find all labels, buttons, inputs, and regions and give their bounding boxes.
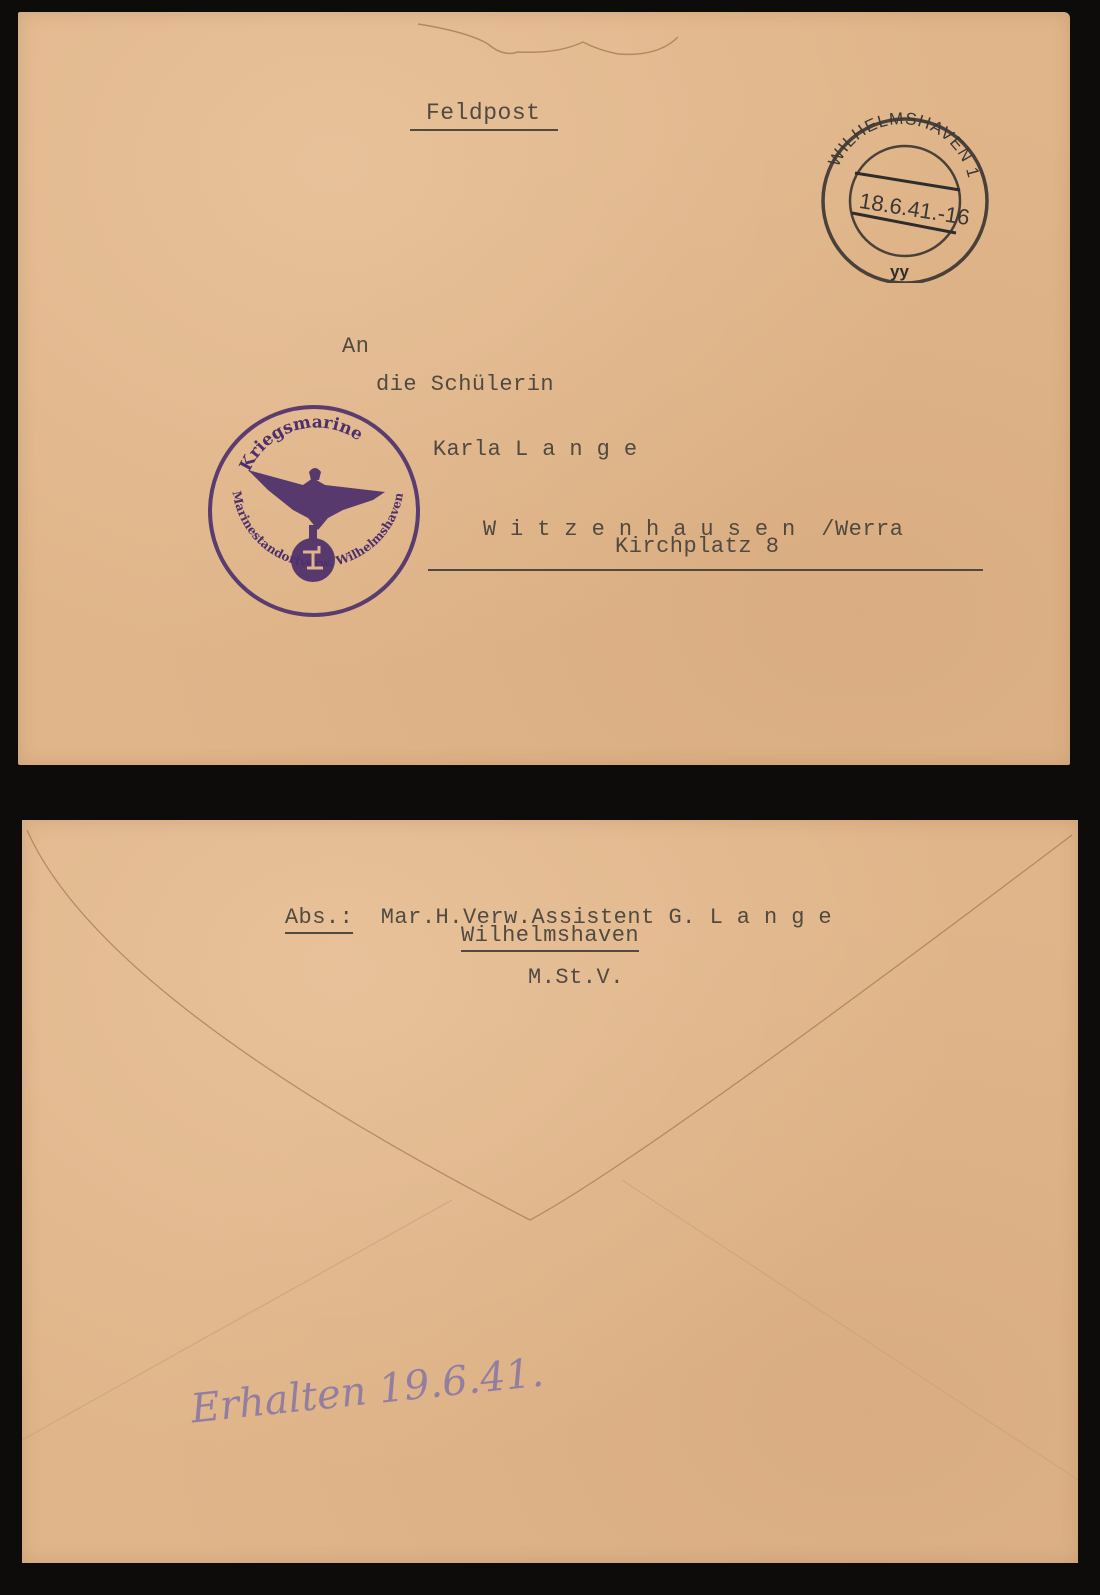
- recipient-title: die Schülerin: [376, 372, 554, 397]
- recipient-first-name: Karla: [433, 437, 515, 462]
- postmark-wilhelmshaven: WILHELMSHAVEN 1 18.6.41.-16 yy: [810, 103, 990, 283]
- envelope-back: Abs.: Mar.H.Verw.Assistent G. Lange Wilh…: [22, 820, 1078, 1563]
- recipient-last-name: Lange: [515, 437, 651, 462]
- recipient-city-line: Witzenhausen/Werra: [428, 492, 983, 571]
- recipient-region: /Werra: [821, 517, 903, 542]
- sender-prefix: Abs.:: [285, 905, 354, 934]
- feldpost-label: Feldpost: [410, 100, 558, 131]
- postmark-circle-icon: WILHELMSHAVEN 1 18.6.41.-16 yy: [810, 103, 990, 283]
- recipient-salutation: An: [342, 334, 369, 359]
- eagle-emblem-icon: Kriegsmarine Marinestandortverw. Wilhelm…: [203, 400, 425, 622]
- kriegsmarine-stamp: Kriegsmarine Marinestandortverw. Wilhelm…: [203, 400, 425, 622]
- sender-city: Wilhelmshaven: [461, 923, 639, 952]
- recipient-street: Kirchplatz 8: [615, 534, 779, 559]
- sender-unit: M.St.V.: [528, 965, 624, 990]
- envelope-front: Feldpost WILHELMSHAVEN 1 18.6.41.-16 yy …: [18, 12, 1070, 765]
- paper-tear: [408, 12, 728, 62]
- svg-text:yy: yy: [890, 262, 909, 281]
- svg-text:WILHELMSHAVEN 1: WILHELMSHAVEN 1: [823, 103, 990, 199]
